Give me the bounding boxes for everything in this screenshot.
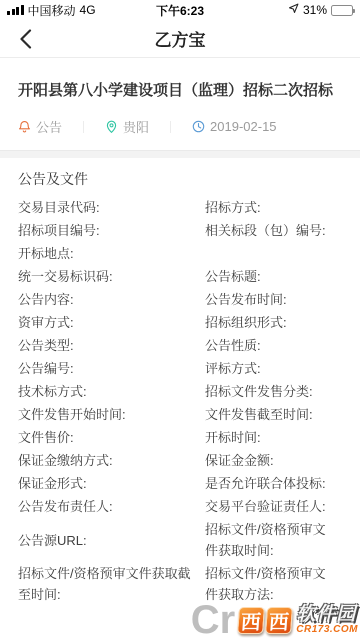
field-row: 资审方式: 招标组织形式: xyxy=(18,311,342,334)
field-row: 保证金形式: 是否允许联合体投标: xyxy=(18,472,342,495)
field-label: 公告类型: xyxy=(18,334,205,357)
watermark-cr-logo: Cr xyxy=(191,601,235,639)
field-label: 公告发布时间: xyxy=(205,288,335,311)
field-label: 保证金形式: xyxy=(18,472,205,495)
field-label: 招标文件/资格预审文件获取截至时间: xyxy=(18,562,205,606)
field-label: 保证金金额: xyxy=(205,449,335,472)
field-row: 技术标方式: 招标文件发售分类: xyxy=(18,380,342,403)
location-pin-icon xyxy=(105,120,118,134)
notice-region-tag: 贵阳 xyxy=(105,117,149,136)
field-row: 招标文件/资格预审文件获取截至时间: 招标文件/资格预审文件获取方法: xyxy=(18,562,342,606)
field-row: 交易目录代码: 招标方式: xyxy=(18,196,342,219)
notice-title: 开阳县第八小学建设项目（监理）招标二次招标 xyxy=(18,79,342,100)
field-label xyxy=(205,253,335,255)
notice-type-tag: 公告 xyxy=(18,117,62,136)
field-label: 公告内容: xyxy=(18,288,205,311)
field-label: 文件发售开始时间: xyxy=(18,403,205,426)
status-right: 31% xyxy=(204,3,353,17)
signal-strength-icon xyxy=(7,5,24,15)
field-label: 公告标题: xyxy=(205,265,335,288)
notice-meta-row: 公告 贵阳 2019-02-15 xyxy=(18,117,342,136)
field-label: 文件发售截至时间: xyxy=(205,403,335,426)
field-label: 交易平台验证责任人: xyxy=(205,495,335,518)
field-label: 资审方式: xyxy=(18,311,205,334)
field-row: 文件售价: 开标时间: xyxy=(18,426,342,449)
section-title: 公告及文件 xyxy=(18,169,342,189)
watermark-text-column: 软件园 CR173.COM xyxy=(296,605,358,636)
notice-card: 开阳县第八小学建设项目（监理）招标二次招标 公告 贵阳 2019-02-15 xyxy=(0,58,360,150)
tag-divider xyxy=(170,121,171,133)
nav-bar: 乙方宝 xyxy=(0,20,360,58)
clock-icon xyxy=(192,120,205,133)
field-label: 招标文件发售分类: xyxy=(205,380,335,403)
status-bar: 中国移动 4G 下午6:23 31% xyxy=(0,0,360,20)
field-label: 招标组织形式: xyxy=(205,311,335,334)
field-row: 公告编号: 评标方式: xyxy=(18,357,342,380)
page-title: 乙方宝 xyxy=(155,26,206,51)
clock-time: 下午6:23 xyxy=(156,2,204,19)
notice-date-tag: 2019-02-15 xyxy=(192,119,277,134)
battery-percent-label: 31% xyxy=(303,3,327,17)
section-divider xyxy=(0,150,360,158)
field-label: 公告性质: xyxy=(205,334,335,357)
field-row: 开标地点: xyxy=(18,242,342,265)
field-label: 公告发布责任人: xyxy=(18,495,205,518)
field-label: 技术标方式: xyxy=(18,380,205,403)
field-label: 相关标段（包）编号: xyxy=(205,219,335,242)
field-label: 交易目录代码: xyxy=(18,196,205,219)
field-row: 公告发布责任人: 交易平台验证责任人: xyxy=(18,495,342,518)
watermark-xi-block: 西 xyxy=(237,607,265,634)
chevron-left-icon xyxy=(19,29,32,49)
battery-icon xyxy=(331,5,353,16)
announcement-files-section: 公告及文件 交易目录代码: 招标方式: 招标项目编号: 相关标段（包）编号: 开… xyxy=(0,158,360,606)
field-row: 文件发售开始时间: 文件发售截至时间: xyxy=(18,403,342,426)
status-left: 中国移动 4G xyxy=(7,2,156,19)
notice-type-label: 公告 xyxy=(36,117,62,136)
field-label: 开标地点: xyxy=(18,242,205,265)
field-label: 公告编号: xyxy=(18,357,205,380)
app-screen: 中国移动 4G 下午6:23 31% 乙方宝 开阳县第八小学建设项目（监理）招标… xyxy=(0,0,360,640)
field-label: 公告源URL: xyxy=(18,529,205,552)
watermark-xi-block: 西 xyxy=(265,607,293,634)
watermark-site-name: 软件园 xyxy=(296,605,356,624)
notice-region-label: 贵阳 xyxy=(123,117,149,136)
field-row: 公告源URL: 招标文件/资格预审文件获取时间: xyxy=(18,518,342,562)
field-label: 统一交易标识码: xyxy=(18,265,205,288)
field-label: 招标文件/资格预审文件获取时间: xyxy=(205,518,335,562)
field-label: 招标方式: xyxy=(205,196,335,219)
notice-date-label: 2019-02-15 xyxy=(210,119,277,134)
location-arrow-icon xyxy=(288,3,299,17)
bell-icon xyxy=(18,120,31,134)
site-watermark: Cr 西 西 软件园 CR173.COM xyxy=(191,601,358,639)
field-row: 保证金缴纳方式: 保证金金额: xyxy=(18,449,342,472)
field-label: 保证金缴纳方式: xyxy=(18,449,205,472)
field-row: 招标项目编号: 相关标段（包）编号: xyxy=(18,219,342,242)
field-row: 公告类型: 公告性质: xyxy=(18,334,342,357)
tag-divider xyxy=(83,121,84,133)
field-row: 统一交易标识码: 公告标题: xyxy=(18,265,342,288)
back-button[interactable] xyxy=(8,20,42,57)
watermark-site-url: CR173.COM xyxy=(296,624,358,636)
carrier-label: 中国移动 xyxy=(28,2,76,19)
field-label: 开标时间: xyxy=(205,426,335,449)
network-type-label: 4G xyxy=(80,3,96,17)
field-row: 公告内容: 公告发布时间: xyxy=(18,288,342,311)
field-label: 招标项目编号: xyxy=(18,219,205,242)
field-label: 是否允许联合体投标: xyxy=(205,472,335,495)
field-label: 评标方式: xyxy=(205,357,335,380)
field-label: 文件售价: xyxy=(18,426,205,449)
